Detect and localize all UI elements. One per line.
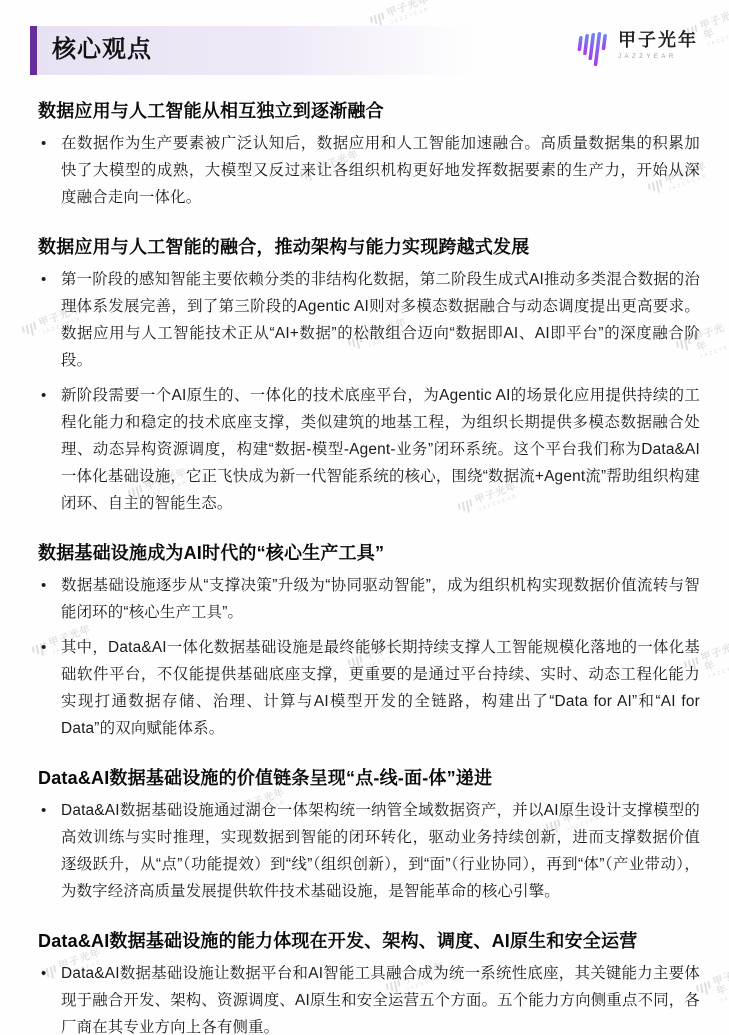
jazzyear-logo-icon [573, 30, 609, 72]
bullet-item: 其中，Data&AI一体化数据基础设施是最终能够长期持续支撑人工智能规模化落地的… [38, 634, 700, 742]
section-4: Data&AI数据基础设施的价值链条呈现“点-线-面-体”递进 Data&AI数… [38, 766, 700, 905]
section-1: 数据应用与人工智能从相互独立到逐渐融合 在数据作为生产要素被广泛认知后，数据应用… [38, 99, 700, 211]
bullet-item: 在数据作为生产要素被广泛认知后，数据应用和人工智能加速融合。高质量数据集的积累加… [38, 130, 700, 211]
bullet-item: 新阶段需要一个AI原生的、一体化的技术底座平台，为Agentic AI的场景化应… [38, 382, 700, 517]
bullet-item: 第一阶段的感知智能主要依赖分类的非结构化数据，第二阶段生成式AI推动多类混合数据… [38, 266, 700, 374]
page-header: 核心观点 甲子光年 JAZZ [38, 26, 700, 75]
bullet-item: 数据基础设施逐步从“支撑决策”升级为“协同驱动智能”，成为组织机构实现数据价值流… [38, 572, 700, 626]
brand-text: 甲子光年 JAZZYEAR [618, 30, 698, 60]
brand-name: 甲子光年 [618, 30, 698, 51]
section-3: 数据基础设施成为AI时代的“核心生产工具” 数据基础设施逐步从“支撑决策”升级为… [38, 541, 700, 742]
brand-subtitle: JAZZYEAR [618, 54, 698, 60]
bullet-item: Data&AI数据基础设施让数据平台和AI智能工具融合成为统一系统性底座，其关键… [38, 960, 700, 1035]
section-heading: Data&AI数据基础设施的能力体现在开发、架构、调度、AI原生和安全运营 [38, 929, 700, 954]
brand-logo: 甲子光年 JAZZYEAR [573, 30, 698, 72]
section-5: Data&AI数据基础设施的能力体现在开发、架构、调度、AI原生和安全运营 Da… [38, 929, 700, 1035]
title-block: 核心观点 [30, 26, 475, 75]
section-2: 数据应用与人工智能的融合，推动架构与能力实现跨越式发展 第一阶段的感知智能主要依… [38, 235, 700, 517]
bullet-item: Data&AI数据基础设施通过湖仓一体架构统一纳管全域数据资产，并以AI原生设计… [38, 797, 700, 905]
section-heading: 数据应用与人工智能从相互独立到逐渐融合 [38, 99, 700, 124]
report-page: 核心观点 甲子光年 JAZZ [0, 0, 729, 1035]
section-heading: Data&AI数据基础设施的价值链条呈现“点-线-面-体”递进 [38, 766, 700, 791]
page-title: 核心观点 [52, 36, 475, 65]
section-heading: 数据应用与人工智能的融合，推动架构与能力实现跨越式发展 [38, 235, 700, 260]
section-heading: 数据基础设施成为AI时代的“核心生产工具” [38, 541, 700, 566]
